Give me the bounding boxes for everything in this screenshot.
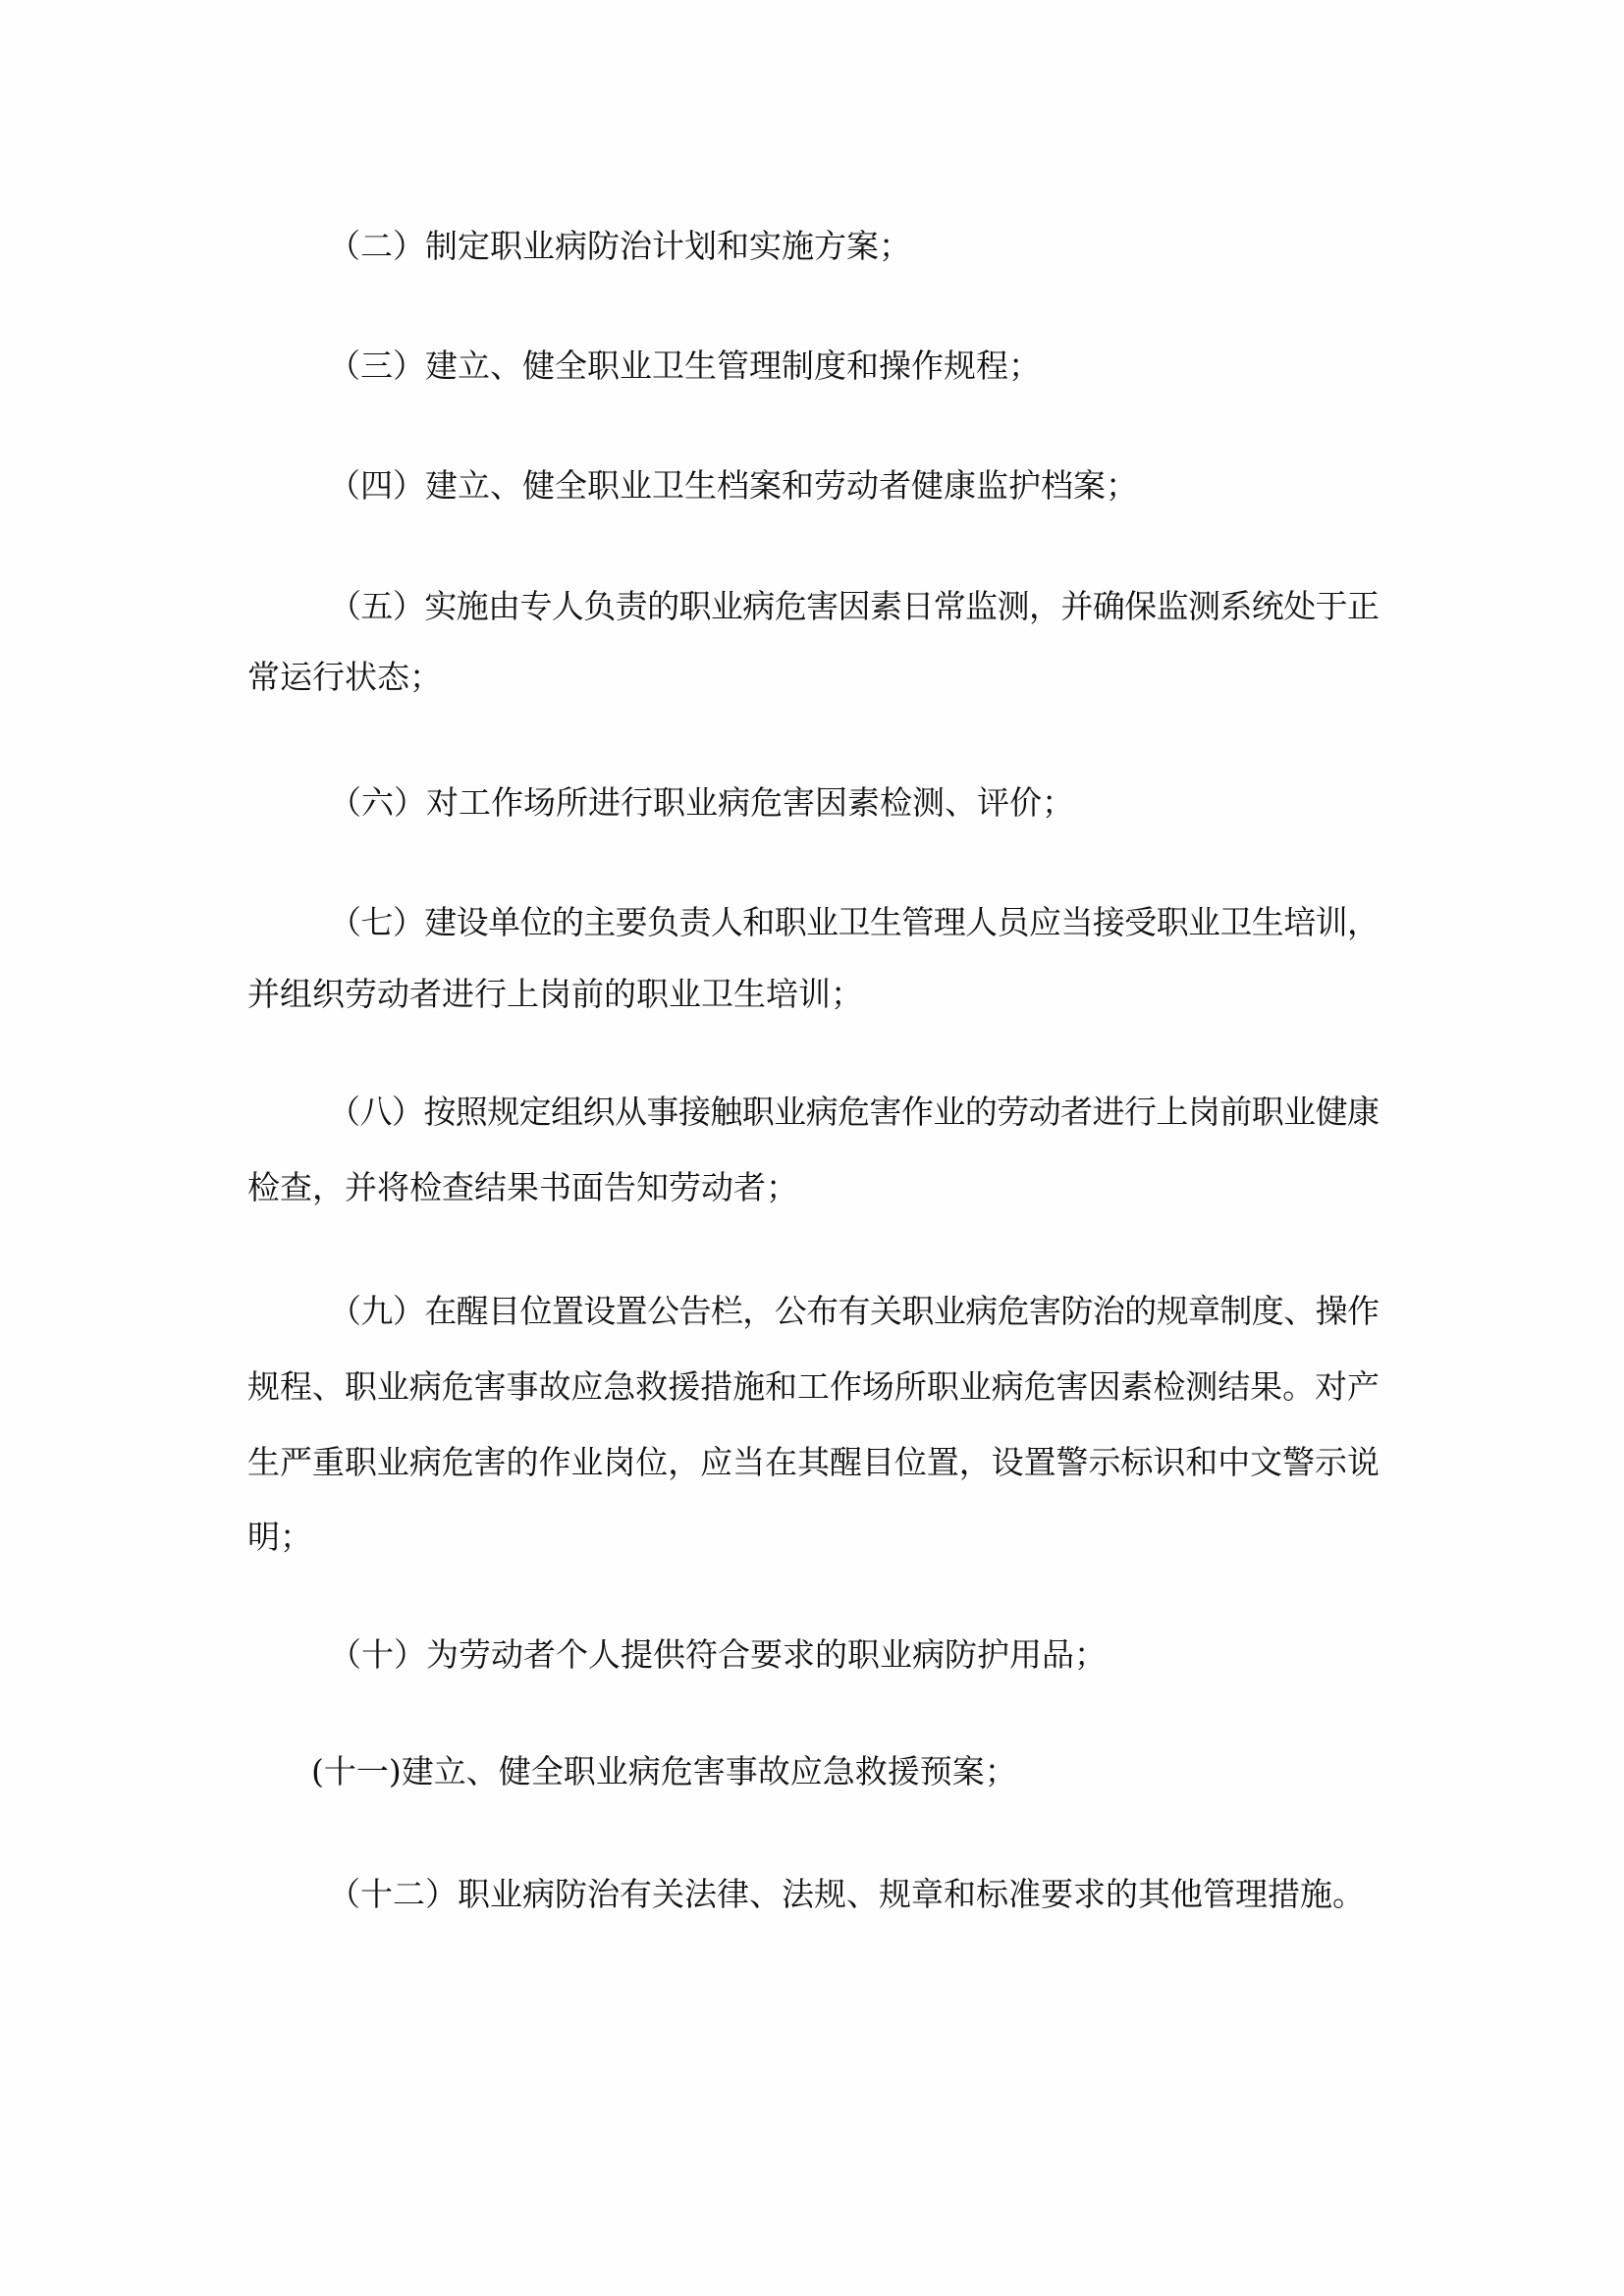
- text-line: （五）实施由专人负责的职业病危害因素日常监测，并确保监测系统处于正: [329, 590, 1379, 623]
- text-line: 常运行状态；: [247, 661, 442, 694]
- text-line: （九）在醒目位置设置公告栏，公布有关职业病危害防治的规章制度、操作: [329, 1295, 1379, 1328]
- text-line: （七）建设单位的主要负责人和职业卫生管理人员应当接受职业卫生培训，: [329, 906, 1379, 939]
- text-line: 明；: [247, 1521, 312, 1554]
- text-line: （四）建立、健全职业卫生档案和劳动者健康监护档案；: [328, 469, 1138, 503]
- text-line: （十）为劳动者个人提供符合要求的职业病防护用品；: [329, 1638, 1107, 1672]
- text-line: （二）制定职业病防治计划和实施方案；: [328, 230, 911, 263]
- text-line: 并组织劳动者进行上岗前的职业卫生培训；: [247, 978, 863, 1011]
- document-page: （二）制定职业病防治计划和实施方案；（三）建立、健全职业卫生管理制度和操作规程；…: [0, 0, 1624, 2296]
- text-line: 生严重职业病危害的作业岗位，应当在其醒目位置，设置警示标识和中文警示说: [247, 1446, 1380, 1479]
- text-line: （六）对工作场所进行职业病危害因素检测、评价；: [329, 786, 1074, 820]
- text-line: （十二）职业病防治有关法律、法规、规章和标准要求的其他管理措施。: [328, 1878, 1365, 1911]
- text-line: （三）建立、健全职业卫生管理制度和操作规程；: [328, 349, 1041, 383]
- text-line: （八）按照规定组织从事接触职业病危害作业的劳动者进行上岗前职业健康: [328, 1095, 1379, 1129]
- text-line: 检查，并将检查结果书面告知劳动者；: [247, 1171, 798, 1204]
- text-line: (十一)建立、健全职业病危害事故应急救援预案；: [311, 1755, 1017, 1789]
- text-line: 规程、职业病危害事故应急救援措施和工作场所职业病危害因素检测结果。对产: [247, 1370, 1380, 1404]
